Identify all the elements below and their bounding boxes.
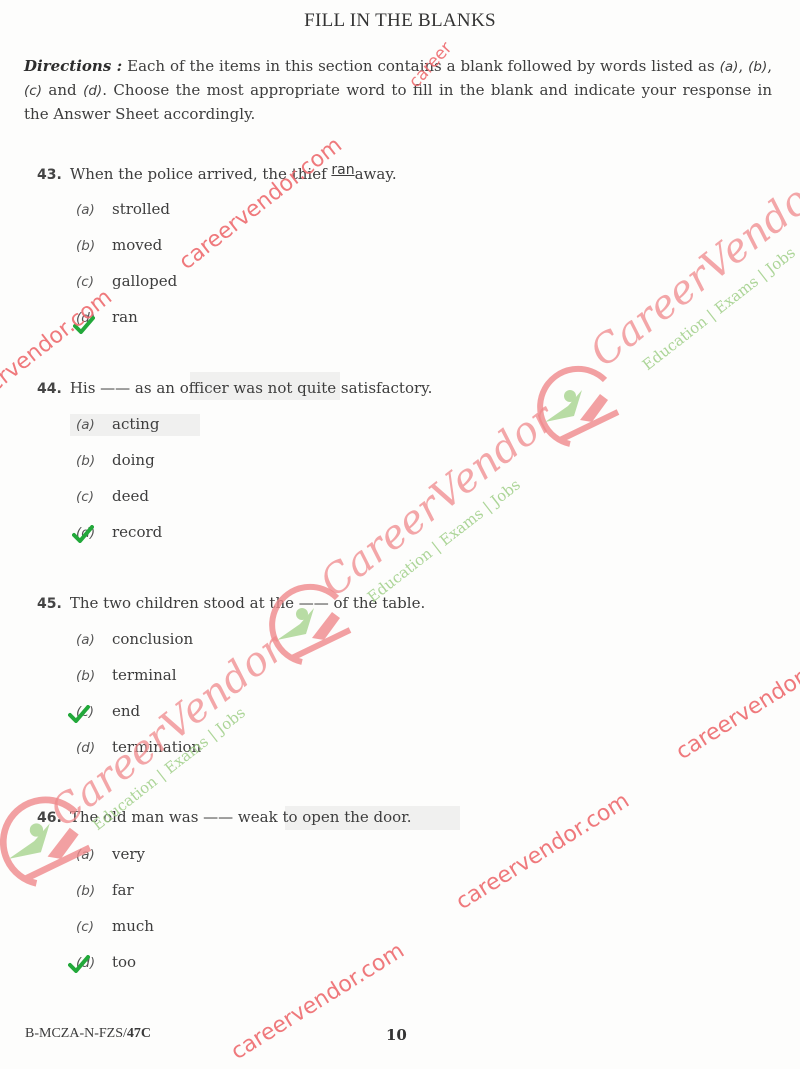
separator: , <box>738 57 748 75</box>
option-ref-a: (a) <box>720 59 739 75</box>
question-text: His —— as an officer was not quite satis… <box>70 379 433 397</box>
watermark-brand: CareerVendor <box>42 625 294 836</box>
exam-page: FILL IN THE BLANKS Directions : Each of … <box>0 0 800 1069</box>
question-46: 46.The old man was —— weak to open the d… <box>37 808 412 826</box>
option-46-b[interactable]: (b)far <box>76 881 134 899</box>
option-text: deed <box>112 487 149 505</box>
careervendor-logo-icon <box>262 578 352 668</box>
question-number: 46. <box>37 810 62 826</box>
watermark-url: careervendor.com <box>175 133 347 275</box>
section-title: FILL IN THE BLANKS <box>0 10 800 32</box>
option-ref-b: (b) <box>748 59 767 75</box>
option-text: terminal <box>112 666 177 684</box>
option-text: very <box>112 845 145 863</box>
option-label: (c) <box>76 919 112 935</box>
question-44: 44.His —— as an officer was not quite sa… <box>37 379 432 397</box>
option-44-a[interactable]: (a)acting <box>76 415 159 433</box>
option-46-c[interactable]: (c)much <box>76 917 154 935</box>
question-text: The old man was —— weak to open the door… <box>70 808 412 826</box>
option-43-a[interactable]: (a)strolled <box>76 200 170 218</box>
watermark-url: careervendor.com <box>0 285 117 427</box>
option-label: (b) <box>76 238 112 254</box>
option-label: (d) <box>76 740 112 756</box>
option-ref-d: (d) <box>83 83 102 99</box>
option-text: record <box>112 523 162 541</box>
watermark-tagline: Education | Exams | Jobs <box>639 244 799 374</box>
watermark-url: careervendor.com <box>227 938 409 1065</box>
watermark-tagline: Education | Exams | Jobs <box>364 476 524 606</box>
watermark-brand: CareerVendor <box>312 395 564 606</box>
option-label: (a) <box>76 202 112 218</box>
directions-paragraph: Directions : Each of the items in this s… <box>24 55 772 126</box>
option-46-a[interactable]: (a)very <box>76 845 145 863</box>
directions-text: . Choose the most appropriate word to fi… <box>24 81 772 123</box>
option-label: (c) <box>76 489 112 505</box>
option-44-b[interactable]: (b)doing <box>76 451 155 469</box>
option-43-c[interactable]: (c)galloped <box>76 272 177 290</box>
option-45-a[interactable]: (a)conclusion <box>76 630 193 648</box>
option-text: conclusion <box>112 630 193 648</box>
separator: and <box>42 81 83 99</box>
option-label: (c) <box>76 274 112 290</box>
question-text: away. <box>355 165 397 183</box>
question-number: 43. <box>37 167 62 183</box>
option-44-c[interactable]: (c)deed <box>76 487 149 505</box>
green-check-icon <box>73 316 95 334</box>
option-45-b[interactable]: (b)terminal <box>76 666 177 684</box>
directions-text: Each of the items in this section contai… <box>122 57 719 75</box>
option-label: (b) <box>76 668 112 684</box>
option-label: (b) <box>76 883 112 899</box>
option-text: much <box>112 917 154 935</box>
option-label: (a) <box>76 847 112 863</box>
paper-code: B-MCZA-N-FZS/47C <box>25 1026 151 1042</box>
page-number: 10 <box>386 1026 407 1044</box>
option-text: galloped <box>112 272 177 290</box>
question-number: 45. <box>37 596 62 612</box>
watermark-brand: CareerVendor <box>582 165 800 376</box>
handwritten-answer: ran <box>331 162 354 178</box>
directions-label: Directions : <box>24 57 122 75</box>
option-ref-c: (c) <box>24 83 42 99</box>
green-check-icon <box>68 955 90 973</box>
option-45-d[interactable]: (d)termination <box>76 738 201 756</box>
question-text: The two children stood at the —— of the … <box>70 594 425 612</box>
option-label: (a) <box>76 632 112 648</box>
paper-code-prefix: B-MCZA-N-FZS/ <box>25 1026 127 1041</box>
option-43-b[interactable]: (b)moved <box>76 236 162 254</box>
careervendor-logo-icon <box>530 360 620 450</box>
option-text: ran <box>112 308 138 326</box>
question-number: 44. <box>37 381 62 397</box>
option-label: (a) <box>76 417 112 433</box>
option-text: far <box>112 881 134 899</box>
option-label: (b) <box>76 453 112 469</box>
option-text: strolled <box>112 200 170 218</box>
careervendor-logo-icon <box>0 790 92 890</box>
option-text: too <box>112 953 136 971</box>
option-text: moved <box>112 236 162 254</box>
question-45: 45.The two children stood at the —— of t… <box>37 594 425 612</box>
option-text: acting <box>112 415 159 433</box>
question-text: When the police arrived, the thief <box>70 165 332 183</box>
watermark-url: careervendor.com <box>672 638 800 765</box>
question-43: 43.When the police arrived, the thief ra… <box>37 162 397 183</box>
option-text: end <box>112 702 140 720</box>
paper-code-suffix: 47C <box>127 1026 151 1041</box>
option-text: doing <box>112 451 155 469</box>
separator: , <box>767 57 772 75</box>
watermark-url: careervendor.com <box>452 788 634 915</box>
option-text: termination <box>112 738 201 756</box>
green-check-icon <box>72 525 94 543</box>
green-check-icon <box>68 705 90 723</box>
